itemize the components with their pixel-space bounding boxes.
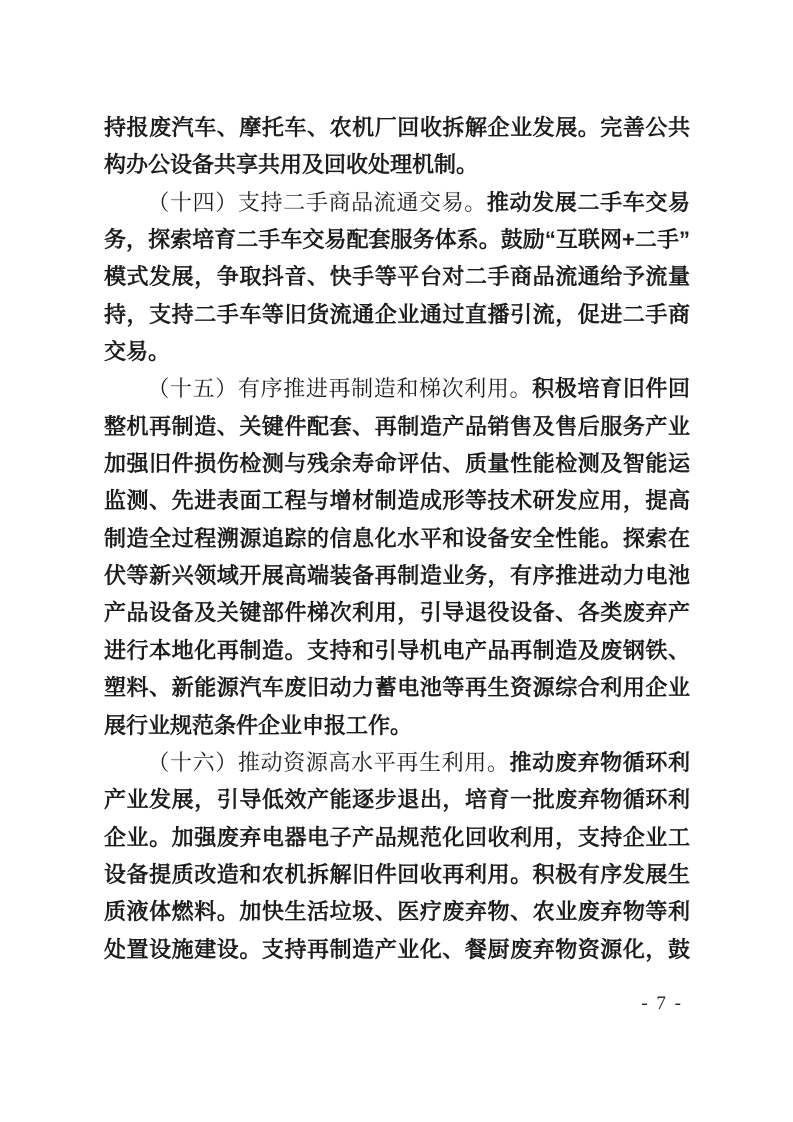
text-line: 质液体燃料。加快生活垃圾、医疗废弃物、农业废弃物等利用 — [104, 893, 690, 930]
text-line: 模式发展，争取抖音、快手等平台对二手商品流通给予流量支 — [104, 258, 690, 295]
text-line: 整机再制造、关键件配套、再制造产品销售及售后服务产业链。 — [104, 408, 690, 445]
body-text-run: 展行业规范条件企业申报工作。 — [104, 713, 412, 738]
text-line: 加强旧件损伤检测与残余寿命评估、质量性能检测及智能运行 — [104, 445, 690, 482]
text-line: 构办公设备共享共用及回收处理机制。 — [104, 146, 690, 183]
body-text-run: 加强旧件损伤检测与残余寿命评估、质量性能检测及智能运行 — [104, 451, 690, 482]
body-text-run: 模式发展，争取抖音、快手等平台对二手商品流通给予流量支 — [104, 264, 690, 295]
body-text-run: 监测、先进表面工程与增材制造成形等技术研发应用，提高再 — [104, 488, 690, 519]
text-line: 进行本地化再制造。支持和引导机电产品再制造及废钢铁、废 — [104, 632, 690, 669]
page-number: - 7 - — [641, 993, 683, 1015]
section-heading-run: （十五）有序推进再制造和梯次利用。 — [147, 376, 532, 401]
body-text-run: 进行本地化再制造。支持和引导机电产品再制造及废钢铁、废 — [104, 638, 690, 669]
body-text-run: 持报废汽车、摩托车、农机厂回收拆解企业发展。完善公共机 — [104, 115, 690, 146]
text-line: （十六）推动资源高水平再生利用。推动废弃物循环利用 — [104, 744, 690, 781]
text-block: 持报废汽车、摩托车、农机厂回收拆解企业发展。完善公共机构办公设备共享共用及回收处… — [104, 109, 690, 968]
text-line: 伏等新兴领域开展高端装备再制造业务，有序推进动力电池等 — [104, 557, 690, 594]
body-text-run: 企业。加强废弃电器电子产品规范化回收利用，支持企业工艺 — [104, 825, 690, 856]
body-text-run: 构办公设备共享共用及回收处理机制。 — [104, 152, 478, 177]
text-line: 制造全过程溯源追踪的信息化水平和设备安全性能。探索在光 — [104, 520, 690, 557]
body-text-run: 设备提质改造和农机拆解旧件回收再利用。积极有序发展生物 — [104, 862, 690, 893]
text-line: 务，探索培育二手车交易配套服务体系。鼓励“互联网+二手” — [104, 221, 690, 258]
text-line: （十五）有序推进再制造和梯次利用。积极培育旧件回收、 — [104, 370, 690, 407]
text-line: 塑料、新能源汽车废旧动力蓄电池等再生资源综合利用企业开 — [104, 669, 690, 706]
body-text-run: 质液体燃料。加快生活垃圾、医疗废弃物、农业废弃物等利用 — [104, 899, 690, 930]
text-line: 交易。 — [104, 333, 690, 370]
body-text-run: 伏等新兴领域开展高端装备再制造业务，有序推进动力电池等 — [104, 563, 690, 594]
body-text-run: 制造全过程溯源追踪的信息化水平和设备安全性能。探索在光 — [104, 526, 690, 557]
document-page: 持报废汽车、摩托车、农机厂回收拆解企业发展。完善公共机构办公设备共享共用及回收处… — [0, 0, 793, 1122]
body-text-run: 处置设施建设。支持再制造产业化、餐厨废弃物资源化，鼓励 — [104, 937, 690, 968]
text-line: 企业。加强废弃电器电子产品规范化回收利用，支持企业工艺 — [104, 819, 690, 856]
text-line: 处置设施建设。支持再制造产业化、餐厨废弃物资源化，鼓励 — [104, 931, 690, 968]
body-text-run: 整机再制造、关键件配套、再制造产品销售及售后服务产业链。 — [104, 414, 690, 445]
text-line: 产业发展，引导低效产能逐步退出，培育一批废弃物循环利用 — [104, 781, 690, 818]
section-heading-run: （十六）推动资源高水平再生利用。 — [147, 750, 509, 775]
text-line: 展行业规范条件企业申报工作。 — [104, 707, 690, 744]
body-text-run: 产业发展，引导低效产能逐步退出，培育一批废弃物循环利用 — [104, 787, 690, 818]
body-text-run: 塑料、新能源汽车废旧动力蓄电池等再生资源综合利用企业开 — [104, 675, 690, 706]
body-text-run: 务，探索培育二手车交易配套服务体系。鼓励“互联网+二手” — [104, 227, 690, 252]
body-text-run: 产品设备及关键部件梯次利用，引导退役设备、各类废弃产品 — [104, 600, 690, 631]
text-line: 持报废汽车、摩托车、农机厂回收拆解企业发展。完善公共机 — [104, 109, 690, 146]
text-line: （十四）支持二手商品流通交易。推动发展二手车交易业 — [104, 184, 690, 221]
text-line: 设备提质改造和农机拆解旧件回收再利用。积极有序发展生物 — [104, 856, 690, 893]
text-line: 持，支持二手车等旧货流通企业通过直播引流，促进二手商品 — [104, 296, 690, 333]
text-line: 监测、先进表面工程与增材制造成形等技术研发应用，提高再 — [104, 482, 690, 519]
section-heading-run: （十四）支持二手商品流通交易。 — [147, 190, 487, 215]
body-text-run: 交易。 — [104, 339, 170, 364]
body-text-run: 持，支持二手车等旧货流通企业通过直播引流，促进二手商品 — [104, 302, 690, 333]
text-line: 产品设备及关键部件梯次利用，引导退役设备、各类废弃产品 — [104, 594, 690, 631]
